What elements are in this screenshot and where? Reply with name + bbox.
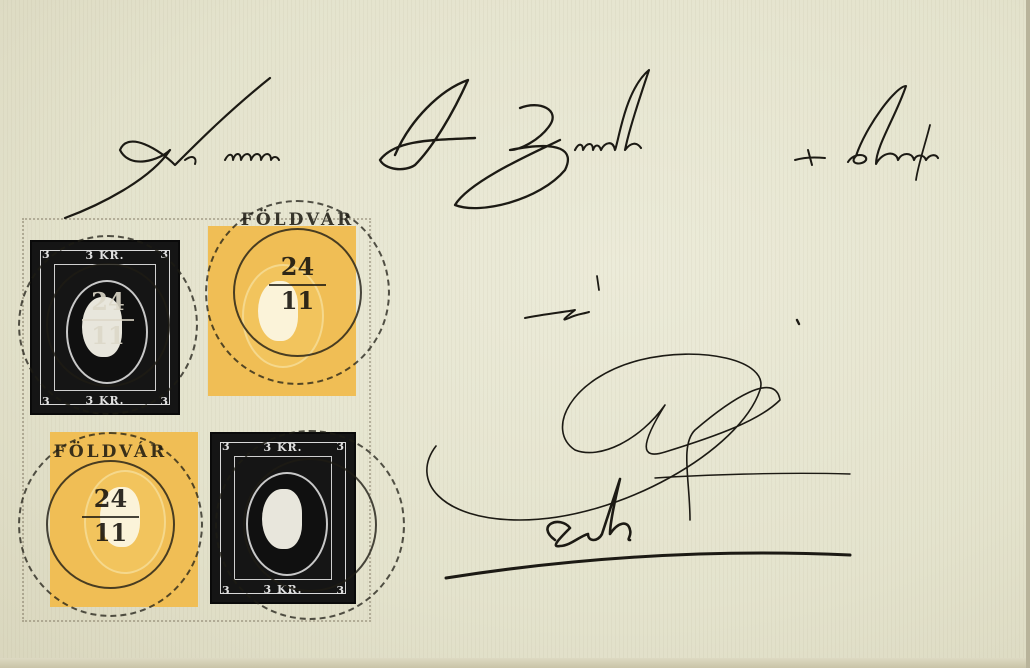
paper-bottom-edge bbox=[0, 658, 1030, 668]
postal-cover: 3 3 3 3 3 KR. 3 KR. 3 3 3 3 3 KR. 3 KR. … bbox=[0, 0, 1030, 668]
handwriting-strokes bbox=[0, 0, 1030, 668]
paper-right-edge bbox=[1026, 0, 1030, 668]
